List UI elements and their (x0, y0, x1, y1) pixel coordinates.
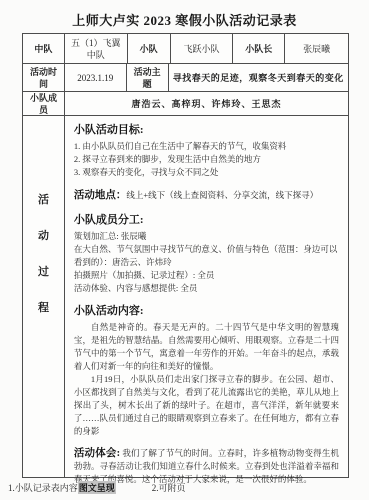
theme-value-cell: 寻找春天的足迹，观察冬天到春天的变化 (169, 64, 349, 92)
time-label-cell: 活动时间 (23, 64, 65, 92)
content-paragraph: 1月19日，小队队员们走出家门探寻立春的脚步。在公园、超市、小区都找到了自然美与… (74, 373, 339, 438)
location-label: 活动地点： (74, 190, 127, 201)
division-item: 活动体验、内容与感想提供: 全员 (74, 282, 339, 295)
goal-item: 2. 探寻立春到来的脚步，发现生活中自然美的地方 (74, 153, 339, 166)
footer-notes: 1.小队记录表内容图文呈现 2.可附页 (8, 481, 368, 494)
location-line: 活动地点：线上+线下（线上查阅资料、分享交流，线下探寻） (74, 189, 339, 202)
members-value-cell: 唐浩云、高梓玥、许炜玲、王思杰 (65, 92, 349, 116)
process-content-cell: 小队活动目标: 1. 由小队队员们自己在生活中了解春天的节气，收集资料 2. 探… (65, 116, 349, 478)
division-list: 策划加汇总: 张辰曦 在大自然、节气氛围中寻找节气的意义、价值与特色（范围：身边… (74, 230, 339, 295)
process-char: 动 (38, 230, 49, 242)
page-title: 上师大卢实 2023 寒假小队活动记录表 (0, 10, 369, 29)
location-value: 线上+线下（线上查阅资料、分享交流，线下探寻） (126, 190, 318, 200)
theme-label-cell: 活动主题 (127, 64, 169, 92)
division-item: 在大自然、节气氛围中寻找节气的意义、价值与特色（范围：身边可以看到的）：唐浩云、… (74, 243, 339, 269)
content-paragraphs: 自然是神奇的。春天是无声的。二十四节气是中华文明的智慧瑰宝，是祖先的智慧结晶。自… (74, 321, 339, 438)
team-value-cell: 飞跃小队 (171, 34, 234, 64)
reflection-label: 活动体会: (74, 448, 120, 459)
table-row-process: 活 动 过 程 小队活动目标: 1. 由小队队员们自己在生活中了解春天的节气，收… (23, 116, 349, 478)
division-item: 拍摄照片（加拍摄、记录过程）: 全员 (74, 269, 339, 282)
members-label-cell: 小队成员 (23, 92, 65, 116)
squadron-label-cell: 中队 (23, 34, 65, 64)
goals-list: 1. 由小队队员们自己在生活中了解春天的节气，收集资料 2. 探寻立春到来的脚步… (74, 140, 339, 179)
process-char: 活 (38, 194, 49, 206)
footer-note1-highlight: 图文呈现 (78, 481, 116, 494)
table-row-team-info: 中队 五（1）飞翼中队 小队 飞跃小队 小队长 张辰曦 (23, 34, 349, 64)
content-paragraph: 自然是神奇的。春天是无声的。二十四节气是中华文明的智慧瑰宝，是祖先的智慧结晶。自… (74, 321, 339, 373)
record-table: 中队 五（1）飞翼中队 小队 飞跃小队 小队长 张辰曦 活动时间 2023.1.… (22, 33, 349, 478)
division-item: 策划加汇总: 张辰曦 (74, 230, 339, 243)
process-char: 过 (38, 266, 49, 278)
team-label-cell: 小队 (128, 34, 171, 64)
squadron-value-cell: 五（1）飞翼中队 (65, 34, 128, 64)
goal-item: 3. 观察春天的变化，寻找与众不同之处 (74, 166, 339, 179)
content-heading: 小队活动内容: (74, 305, 339, 317)
footer-note1-prefix: 1.小队记录表内容 (8, 481, 78, 494)
division-heading: 小队成员分工: (74, 214, 339, 226)
goal-item: 1. 由小队队员们自己在生活中了解春天的节气，收集资料 (74, 140, 339, 153)
goals-heading: 小队活动目标: (74, 124, 339, 136)
leader-value-cell: 张辰曦 (285, 34, 349, 64)
table-row-time-theme: 活动时间 2023.1.19 活动主题 寻找春天的足迹，观察冬天到春天的变化 (23, 64, 349, 92)
time-value-cell: 2023.1.19 (65, 64, 127, 92)
footer-note2: 2.可附页 (152, 481, 186, 494)
process-char: 程 (38, 302, 49, 314)
document-page: 上师大卢实 2023 寒假小队活动记录表 中队 五（1）飞翼中队 小队 飞跃小队… (0, 0, 369, 500)
leader-label-cell: 小队长 (233, 34, 285, 64)
table-row-members: 小队成员 唐浩云、高梓玥、许炜玲、王思杰 (23, 92, 349, 116)
process-vertical-label: 活 动 过 程 (23, 116, 65, 478)
